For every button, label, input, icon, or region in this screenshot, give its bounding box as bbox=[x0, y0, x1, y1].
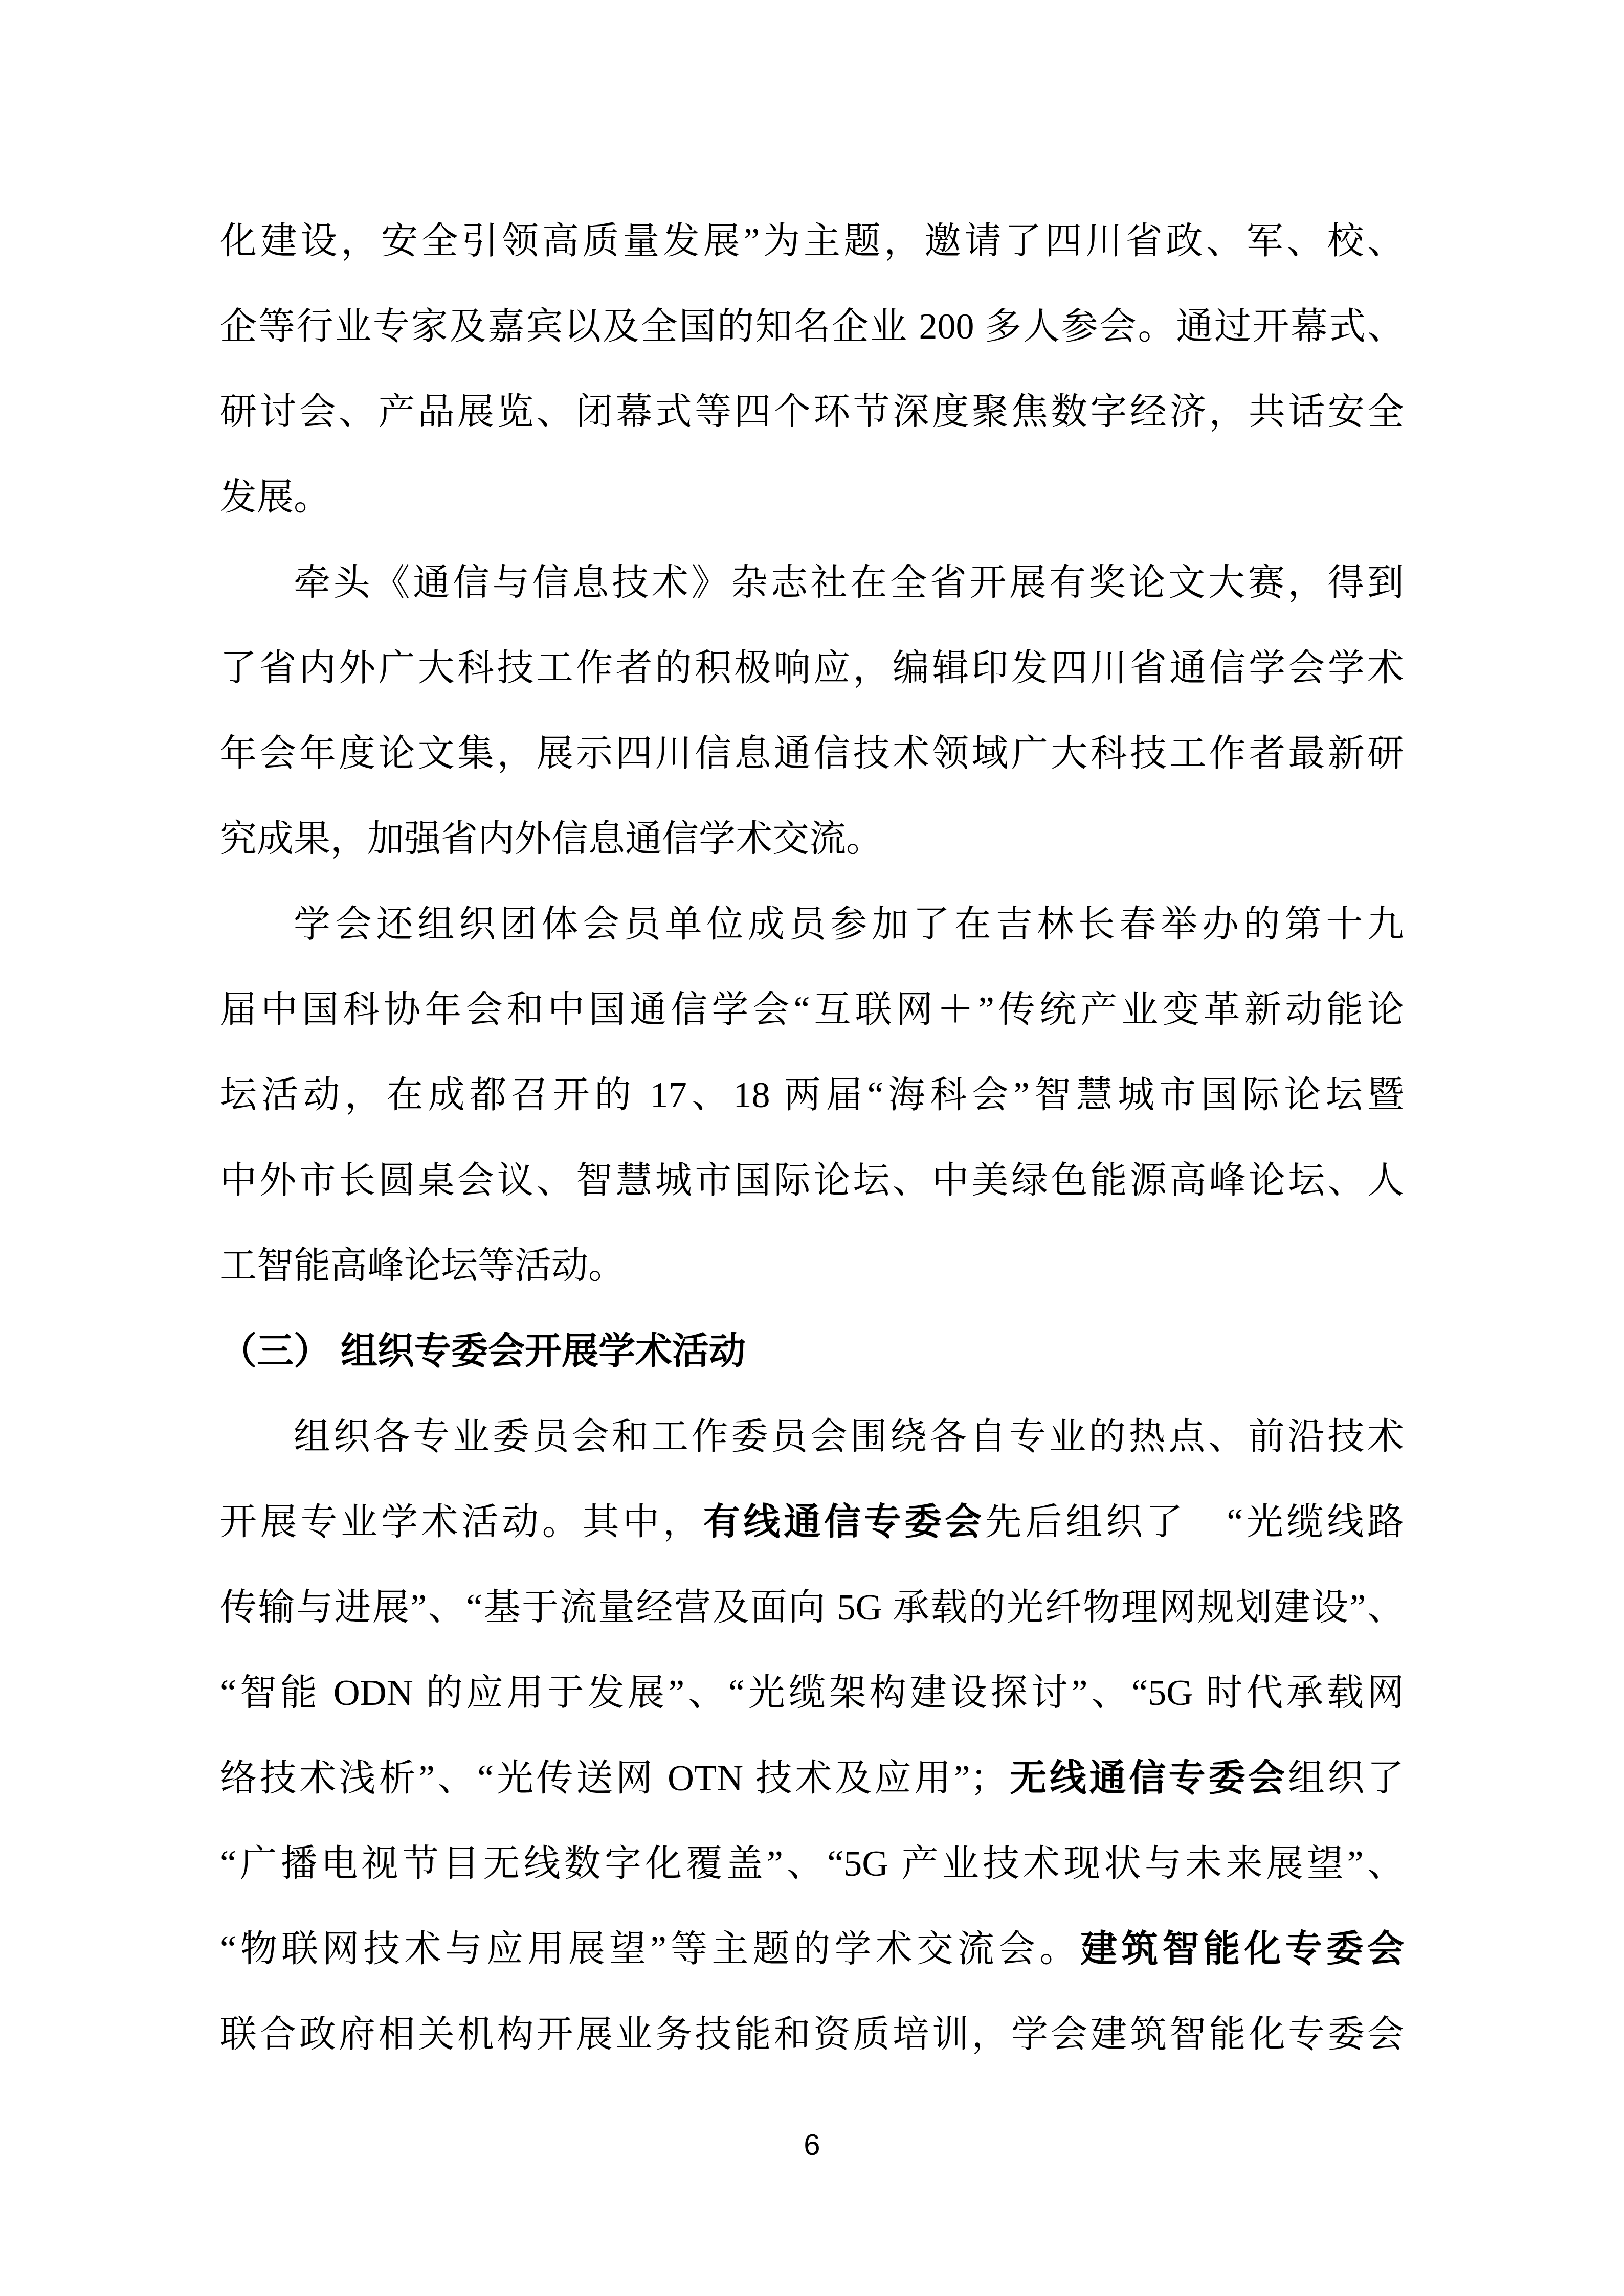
text-line: 坛活动，在成都召开的 17、18 两届“海科会”智慧城市国际论坛暨 bbox=[220, 1052, 1404, 1138]
text-segment: 组织了 bbox=[1288, 1758, 1404, 1798]
text-line: 中外市长圆桌会议、智慧城市国际论坛、中美绿色能源高峰论坛、人 bbox=[220, 1138, 1404, 1223]
text-line: 研讨会、产品展览、闭幕式等四个环节深度聚焦数字经济，共话安全 bbox=[220, 369, 1404, 455]
text-line: 开展专业学术活动。其中，有线通信专委会先后组织了 “光缆线路 bbox=[220, 1479, 1404, 1565]
text-line: 联合政府相关机构开展业务技能和资质培训，学会建筑智能化专委会 bbox=[220, 1992, 1404, 2077]
text-line: 年会年度论文集，展示四川信息通信技术领域广大科技工作者最新研 bbox=[220, 711, 1404, 796]
text-segment: 工智能高峰论坛等活动。 bbox=[220, 1245, 625, 1286]
text-segment: 坛活动，在成都召开的 17、18 两届“海科会”智慧城市国际论坛暨 bbox=[220, 1074, 1404, 1115]
page-number: 6 bbox=[0, 2127, 1624, 2163]
text-line: “物联网技术与应用展望”等主题的学术交流会。建筑智能化专委会 bbox=[220, 1906, 1404, 1992]
text-line: 传输与进展”、“基于流量经营及面向 5G 承载的光纤物理网规划建设”、 bbox=[220, 1565, 1404, 1650]
bold-term: （三） 组织专委会开展学术活动 bbox=[220, 1331, 746, 1371]
text-line: 企等行业专家及嘉宾以及全国的知名企业 200 多人参会。通过开幕式、 bbox=[220, 284, 1404, 369]
text-line: 组织各专业委员会和工作委员会围绕各自专业的热点、前沿技术 bbox=[220, 1394, 1404, 1479]
text-line: 发展。 bbox=[220, 455, 1404, 540]
text-line: 学会还组织团体会员单位成员参加了在吉林长春举办的第十九 bbox=[220, 882, 1404, 967]
text-segment: 了省内外广大科技工作者的积极响应，编辑印发四川省通信学会学术 bbox=[220, 647, 1404, 688]
text-segment: “广播电视节目无线数字化覆盖”、“5G 产业技术现状与未来展望”、 bbox=[220, 1843, 1404, 1884]
bold-term: 有线通信专委会 bbox=[703, 1501, 985, 1542]
section-heading: （三） 组织专委会开展学术活动 bbox=[220, 1309, 1404, 1394]
text-segment: 组织各专业委员会和工作委员会围绕各自专业的热点、前沿技术 bbox=[294, 1416, 1404, 1457]
text-line: 究成果，加强省内外信息通信学术交流。 bbox=[220, 796, 1404, 882]
page-content: 化建设，安全引领高质量发展”为主题，邀请了四川省政、军、校、企等行业专家及嘉宾以… bbox=[220, 198, 1404, 2077]
text-segment: 究成果，加强省内外信息通信学术交流。 bbox=[220, 818, 883, 859]
text-line: 化建设，安全引领高质量发展”为主题，邀请了四川省政、军、校、 bbox=[220, 198, 1404, 284]
text-segment: 络技术浅析”、“光传送网 OTN 技术及应用”； bbox=[220, 1758, 1007, 1798]
text-segment: 学会还组织团体会员单位成员参加了在吉林长春举办的第十九 bbox=[294, 904, 1404, 944]
text-line: 牵头《通信与信息技术》杂志社在全省开展有奖论文大赛，得到 bbox=[220, 540, 1404, 625]
text-line: 届中国科协年会和中国通信学会“互联网＋”传统产业变革新动能论 bbox=[220, 967, 1404, 1052]
text-segment: 届中国科协年会和中国通信学会“互联网＋”传统产业变革新动能论 bbox=[220, 989, 1404, 1030]
text-line: 络技术浅析”、“光传送网 OTN 技术及应用”；无线通信专委会组织了 bbox=[220, 1736, 1404, 1821]
bold-term: 建筑智能化专委会 bbox=[1080, 1928, 1404, 1969]
text-segment: 联合政府相关机构开展业务技能和资质培训，学会建筑智能化专委会 bbox=[220, 2014, 1404, 2055]
text-segment: 企等行业专家及嘉宾以及全国的知名企业 200 多人参会。通过开幕式、 bbox=[220, 306, 1404, 347]
text-line: 工智能高峰论坛等活动。 bbox=[220, 1223, 1404, 1309]
text-line: “广播电视节目无线数字化覆盖”、“5G 产业技术现状与未来展望”、 bbox=[220, 1821, 1404, 1906]
bold-term: 无线通信专委会 bbox=[1007, 1758, 1288, 1798]
text-segment: “智能 ODN 的应用于发展”、“光缆架构建设探讨”、“5G 时代承载网 bbox=[220, 1672, 1404, 1713]
text-segment: “物联网技术与应用展望”等主题的学术交流会。 bbox=[220, 1928, 1080, 1969]
text-segment: 年会年度论文集，展示四川信息通信技术领域广大科技工作者最新研 bbox=[220, 733, 1404, 774]
text-segment: 先后组织了 “光缆线路 bbox=[985, 1501, 1404, 1542]
text-segment: 开展专业学术活动。其中， bbox=[220, 1501, 703, 1542]
text-segment: 发展。 bbox=[220, 477, 330, 517]
text-segment: 研讨会、产品展览、闭幕式等四个环节深度聚焦数字经济，共话安全 bbox=[220, 391, 1404, 432]
text-line: 了省内外广大科技工作者的积极响应，编辑印发四川省通信学会学术 bbox=[220, 625, 1404, 711]
document-page: 化建设，安全引领高质量发展”为主题，邀请了四川省政、军、校、企等行业专家及嘉宾以… bbox=[0, 0, 1624, 2296]
text-segment: 传输与进展”、“基于流量经营及面向 5G 承载的光纤物理网规划建设”、 bbox=[220, 1587, 1404, 1628]
text-segment: 牵头《通信与信息技术》杂志社在全省开展有奖论文大赛，得到 bbox=[294, 562, 1404, 603]
text-segment: 中外市长圆桌会议、智慧城市国际论坛、中美绿色能源高峰论坛、人 bbox=[220, 1160, 1404, 1201]
text-line: “智能 ODN 的应用于发展”、“光缆架构建设探讨”、“5G 时代承载网 bbox=[220, 1650, 1404, 1736]
text-segment: 化建设，安全引领高质量发展”为主题，邀请了四川省政、军、校、 bbox=[220, 220, 1404, 261]
